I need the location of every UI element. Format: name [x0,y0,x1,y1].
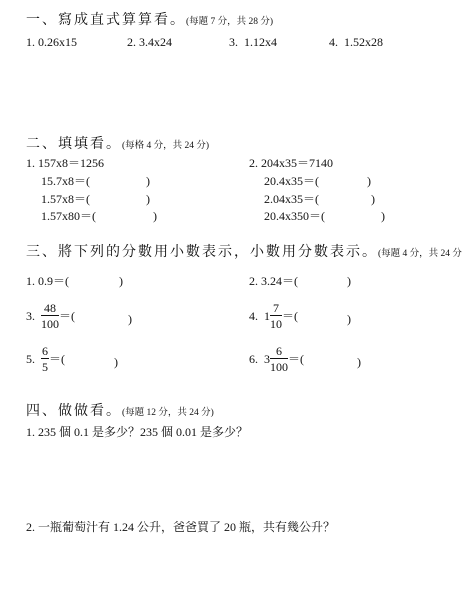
section1-item-1: 1. 0.26x15 [26,36,77,48]
answer-close-paren: ) [128,313,132,325]
blank-expression: 20.4x35＝( [264,174,319,188]
fraction: 6 100 [270,345,288,373]
section1-score-note: (每題 7 分，共 28 分) [186,17,273,27]
section2-group1-blank3: 1.57x80＝( [41,210,96,222]
blank-expression: 2.04x35＝( [264,192,319,206]
item-number: 2. [26,520,35,534]
section2-score-note: (每格 4 分，共 24 分) [122,141,209,151]
equals-open-paren: ＝( [59,310,75,322]
blank-expression: 20.4x350＝( [264,209,325,223]
equals-open-paren: ＝( [282,274,298,288]
section4-heading: 四、做做看。(每題 12 分，共 24 分) [26,405,214,419]
blank-expression: 1.57x8＝( [41,192,90,206]
answer-close-paren: ) [347,275,351,287]
question-text: 一瓶葡萄汁有 1.24 公升，爸爸買了 20 瓶，共有幾公升？ [38,520,335,534]
answer-close-paren: ) [347,313,351,325]
decimal-value: 3.24 [261,274,282,288]
item-number: 2. [249,156,258,170]
item-number: 2. [249,274,258,288]
denominator: 100 [270,359,288,373]
section2-group2-given: 2. 204x35＝7140 [249,157,333,169]
item-number: 4. [249,310,258,322]
numerator: 6 [41,345,49,359]
answer-close-paren: ) [146,175,150,187]
section2-title: 二、填填看。 [26,137,122,152]
item-number: 5. [26,353,35,365]
equals-open-paren: ＝( [288,353,304,365]
section2-group2-blank2: 2.04x35＝( [264,193,319,205]
section3-item-1: 1. 0.9＝( [26,275,69,287]
denominator: 100 [41,316,59,330]
equals-open-paren: ＝( [53,274,69,288]
answer-close-paren: ) [371,193,375,205]
section2-heading: 二、填填看。(每格 4 分，共 24 分) [26,138,209,152]
item-expression: 0.26x15 [38,35,77,49]
section3-item-2: 2. 3.24＝( [249,275,298,287]
section3-item-6: 6. 3 6 100 ＝( [249,345,304,373]
section2-group2-blank1: 20.4x35＝( [264,175,319,187]
section1-heading: 一、寫成直式算算看。(每題 7 分，共 28 分) [26,14,273,28]
denominator: 5 [41,359,49,373]
section2-group1-given: 1. 157x8＝1256 [26,157,104,169]
equals-open-paren: ＝( [49,353,65,365]
fraction: 48 100 [41,302,59,330]
section2-group2-blank3: 20.4x350＝( [264,210,325,222]
section3-heading: 三、將下列的分數用小數表示，小數用分數表示。(每題 4 分，共 24 分) [26,246,462,260]
equals-open-paren: ＝( [282,310,298,322]
section2-group1-blank1: 15.7x8＝( [41,175,90,187]
fraction: 6 5 [41,345,49,373]
decimal-value: 0.9 [38,274,53,288]
answer-close-paren: ) [367,175,371,187]
answer-close-paren: ) [114,356,118,368]
given-equation: 204x35＝7140 [261,156,333,170]
item-number: 4. [329,35,338,49]
section4-question-2: 2. 一瓶葡萄汁有 1.24 公升，爸爸買了 20 瓶，共有幾公升？ [26,521,335,533]
section4-question-1: 1. 235 個 0.1 是多少？235 個 0.01 是多少？ [26,426,248,438]
item-expression: 1.12x4 [244,35,277,49]
section3-item-3: 3. 48 100 ＝( [26,302,75,330]
item-number: 1. [26,274,35,288]
answer-close-paren: ) [119,275,123,287]
section1-item-3: 3. 1.12x4 [229,36,277,48]
section3-score-note: (每題 4 分，共 24 分) [378,249,462,259]
section1-item-2: 2. 3.4x24 [127,36,172,48]
answer-close-paren: ) [146,193,150,205]
fraction: 7 10 [270,302,282,330]
question-text: 235 個 0.1 是多少？235 個 0.01 是多少？ [38,425,248,439]
item-number: 1. [26,156,35,170]
section2-group1-blank2: 1.57x8＝( [41,193,90,205]
answer-close-paren: ) [381,210,385,222]
item-expression: 1.52x28 [344,35,383,49]
item-expression: 3.4x24 [139,35,172,49]
section3-title: 三、將下列的分數用小數表示，小數用分數表示。 [26,245,378,260]
section1-title: 一、寫成直式算算看。 [26,13,186,28]
numerator: 6 [270,345,288,359]
item-number: 6. [249,353,258,365]
blank-expression: 1.57x80＝( [41,209,96,223]
section1-item-4: 4. 1.52x28 [329,36,383,48]
section3-item-5: 5. 6 5 ＝( [26,345,65,373]
denominator: 10 [270,316,282,330]
section4-score-note: (每題 12 分，共 24 分) [122,408,214,418]
answer-close-paren: ) [153,210,157,222]
blank-expression: 15.7x8＝( [41,174,90,188]
numerator: 48 [41,302,59,316]
given-equation: 157x8＝1256 [38,156,104,170]
item-number: 3. [229,35,238,49]
section3-item-4: 4. 1 7 10 ＝( [249,302,298,330]
numerator: 7 [270,302,282,316]
item-number: 3. [26,310,35,322]
item-number: 2. [127,35,136,49]
answer-close-paren: ) [357,356,361,368]
section4-title: 四、做做看。 [26,404,122,419]
item-number: 1. [26,35,35,49]
item-number: 1. [26,425,35,439]
